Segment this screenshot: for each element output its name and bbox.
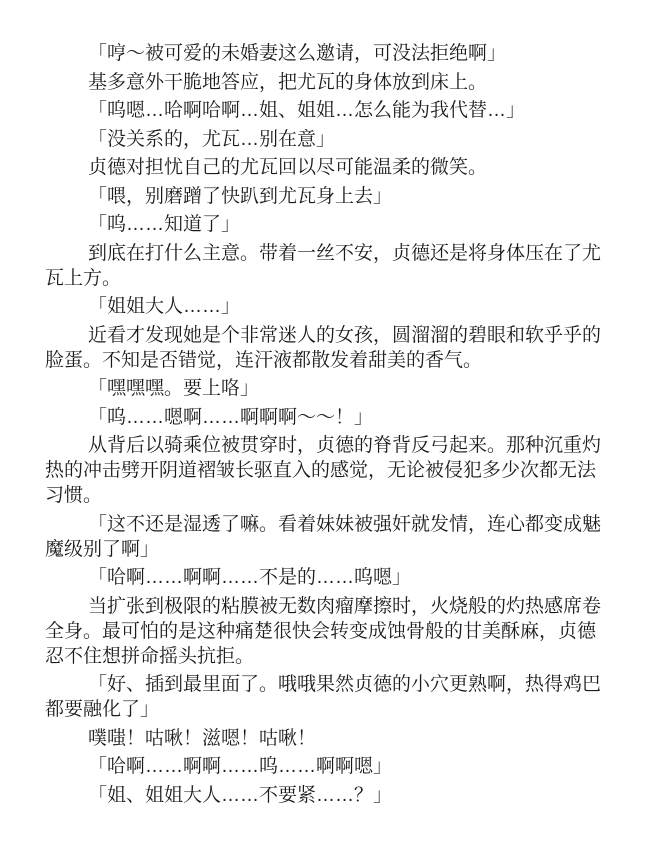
dialogue-paragraph: 「呜……嗯啊……啊啊啊～～！」 xyxy=(45,405,610,430)
dialogue-paragraph: 「哈啊……啊啊……不是的……呜嗯」 xyxy=(45,565,610,590)
narration-paragraph: 贞德对担忧自己的尤瓦回以尽可能温柔的微笑。 xyxy=(45,155,610,180)
dialogue-paragraph: 「这不还是湿透了嘛。看着妹妹被强奸就发情，连心都变成魅 魔级别了啊」 xyxy=(45,512,610,562)
sound-effect-paragraph: 噗嗤！咕啾！滋嗯！咕啾！ xyxy=(45,726,610,751)
narration-paragraph: 到底在打什么主意。带着一丝不安，贞德还是将身体压在了尤 瓦上方。 xyxy=(45,241,610,291)
narration-paragraph: 当扩张到极限的粘膜被无数肉瘤摩擦时，火烧般的灼热感席卷 全身。最可怕的是这种痛楚… xyxy=(45,594,610,669)
dialogue-paragraph: 「喂，别磨蹭了快趴到尤瓦身上去」 xyxy=(45,184,610,209)
narration-paragraph: 基多意外干脆地答应，把尤瓦的身体放到床上。 xyxy=(45,70,610,95)
dialogue-paragraph: 「没关系的，尤瓦…别在意」 xyxy=(45,127,610,152)
narration-paragraph: 从背后以骑乘位被贯穿时，贞德的脊背反弓起来。那种沉重灼 热的冲击劈开阴道褶皱长驱… xyxy=(45,433,610,508)
dialogue-paragraph: 「呜……知道了」 xyxy=(45,212,610,237)
dialogue-paragraph: 「哼～被可爱的未婚妻这么邀请，可没法拒绝啊」 xyxy=(45,41,610,66)
dialogue-paragraph: 「呜嗯…哈啊哈啊…姐、姐姐…怎么能为我代替…」 xyxy=(45,98,610,123)
dialogue-paragraph: 「好、插到最里面了。哦哦果然贞德的小穴更熟啊，热得鸡巴 都要融化了」 xyxy=(45,672,610,722)
narration-paragraph: 近看才发现她是个非常迷人的女孩，圆溜溜的碧眼和软乎乎的 脸蛋。不知是否错觉，连汗… xyxy=(45,323,610,373)
novel-text-page: 「哼～被可爱的未婚妻这么邀请，可没法拒绝啊」 基多意外干脆地答应，把尤瓦的身体放… xyxy=(0,0,650,850)
dialogue-paragraph: 「哈啊……啊啊……呜……啊啊嗯」 xyxy=(45,754,610,779)
dialogue-paragraph: 「姐、姐姐大人……不要紧……？」 xyxy=(45,783,610,808)
dialogue-paragraph: 「姐姐大人……」 xyxy=(45,294,610,319)
dialogue-paragraph: 「嘿嘿嘿。要上咯」 xyxy=(45,376,610,401)
